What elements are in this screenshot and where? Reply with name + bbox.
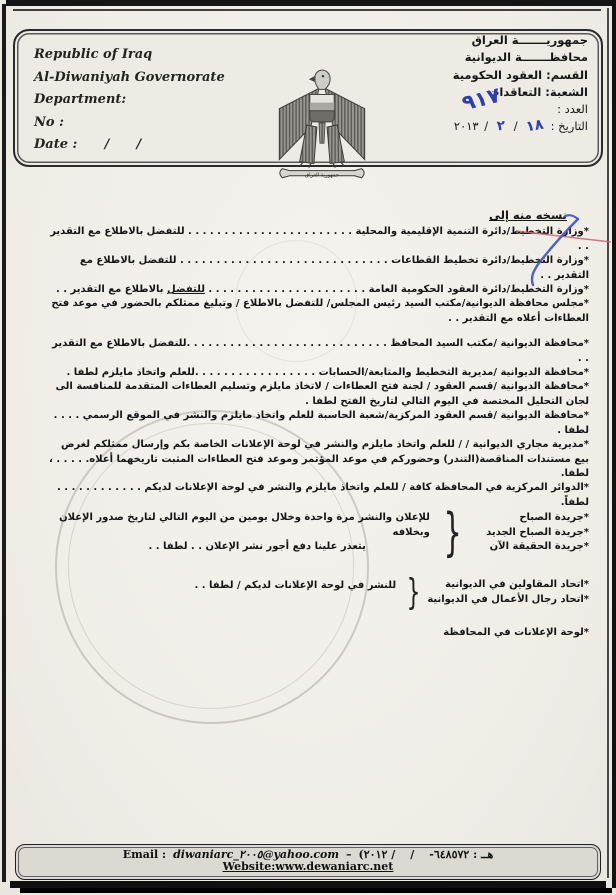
unions-group: *اتحاد المقاولين في الديوانية *اتحاد رجا… [46, 578, 589, 608]
document-date-line: التاريخ : ١٨ / ٢ / ٢٠١٣ [428, 118, 588, 135]
distribution-item: *الدوائر المركزية في المحافظة كافة / للع… [46, 481, 589, 510]
page-border-left [2, 4, 6, 882]
newspaper-name: *جريدة الصباح الجديد [471, 526, 589, 540]
eagle-head [309, 70, 330, 89]
scanned-official-letter: Republic of Iraq Al-Diwaniyah Governorat… [0, 0, 616, 895]
date-separator: / [514, 119, 518, 133]
union-name: *اتحاد رجال الأعمال في الديوانية [427, 593, 589, 607]
distribution-item: *محافظة الديوانية /قسم العقود المركزية/ش… [46, 409, 589, 438]
instruction-line: يتعذر علينا دفع أجور نشر الإعلان . . لطف… [46, 540, 430, 554]
item-text: بالاطلاع مع التقدير . . [56, 284, 167, 295]
date-label: التاريخ : [551, 119, 588, 133]
english-department-label: Department: [34, 89, 225, 112]
footer-contact-box: Email : diwaniarc_٢٠٠٥@yahoo.com – (٢٠١٢… [15, 844, 601, 880]
group-brace: { [443, 511, 461, 555]
handwritten-date-month: ٢ [496, 118, 506, 136]
item-text: *وزارة التخطيط/دائرة العقود الحكومية الع… [205, 284, 589, 295]
unions-names: *اتحاد المقاولين في الديوانية *اتحاد رجا… [427, 578, 589, 607]
footer-slash: / [410, 848, 414, 861]
eagle-chest-shield [310, 94, 334, 121]
number-label: العدد : [557, 102, 588, 116]
handwritten-document-number: ٩١٧ [460, 87, 501, 113]
english-no-label: No : [34, 112, 225, 135]
group-brace: { [407, 578, 421, 608]
website-url: Website:www.dewaniarc.net [16, 860, 600, 873]
phone-number: هــ : ٦٤٨٥٧٢- [429, 848, 493, 861]
page-border-top-inner [13, 9, 601, 11]
letterhead-arabic-block: جمهوريـــــــة العراق محافظـــــــة الدي… [428, 32, 588, 136]
newspaper-name: *جريدة الحقيقة الآن [471, 540, 589, 554]
eagle-base-scroll: جمهورية العراق [280, 169, 364, 179]
distribution-item: *وزارة التخطيط/دائرة العقود الحكومية الع… [46, 283, 589, 297]
arabic-country: جمهوريـــــــة العراق [428, 32, 588, 49]
distribution-item: *محافظة الديوانية /مديرية التخطيط والمتا… [46, 366, 589, 380]
distribution-item: *محافظة الديوانية /قسم العقود / لجنة فتح… [46, 380, 589, 409]
page-border-bottom-shadow [20, 888, 612, 893]
distribution-item: *محافظة الديوانية /مكتب السيد المحافظ . … [46, 337, 589, 366]
page-border-bottom [10, 881, 606, 888]
english-country: Republic of Iraq [34, 44, 225, 67]
unions-instruction: للنشر في لوحة الإعلانات لديكم / لطفا . . [46, 579, 400, 593]
date-separator-2: / [484, 119, 488, 133]
distribution-heading: نسخه منه إلى [46, 208, 567, 222]
distribution-item: *وزارة التخطيط/دائرة تخطيط القطاعات . . … [46, 254, 589, 283]
english-date-label: Date : / / [34, 134, 225, 157]
arabic-division: الشعبة: التعاقدات [428, 84, 588, 101]
page-border-right-inner [607, 8, 609, 878]
union-name: *اتحاد المقاولين في الديوانية [427, 578, 589, 592]
handwritten-date-day: ١٨ [525, 117, 545, 137]
email-label: Email : [123, 848, 166, 861]
english-governorate: Al-Diwaniyah Governorate [34, 67, 225, 90]
instruction-line: للإعلان والنشر مرة واحدة وخلال يومين من … [46, 511, 430, 540]
page-border-top [6, 0, 616, 6]
iraq-eagle-emblem: جمهورية العراق [266, 64, 378, 192]
distribution-item: *لوحة الإعلانات في المحافظة [46, 626, 589, 640]
letterhead-english-block: Republic of Iraq Al-Diwaniyah Governorat… [34, 44, 225, 157]
newspaper-name: *جريدة الصباح [471, 511, 589, 525]
document-number-line: العدد : ٩١٧ [428, 101, 588, 118]
arabic-department: القسم: العقود الحكومية [428, 67, 588, 84]
date-year: ٢٠١٣ [454, 119, 479, 133]
newspapers-instruction: للإعلان والنشر مرة واحدة وخلال يومين من … [46, 511, 434, 554]
letter-body: نسخه منه إلى *وزارة التخطيط/دائرة التنمي… [46, 208, 589, 641]
emblem-scroll-text: جمهورية العراق [305, 172, 339, 178]
newspapers-group: *جريدة الصباح *جريدة الصباح الجديد *جريد… [46, 511, 589, 555]
item-underlined-word: للتفضل [167, 284, 205, 295]
distribution-item: *مجلس محافظة الديوانية/مكتب السيد رئيس ا… [46, 297, 589, 326]
distribution-item: *مديرية مجاري الديوانية / / للعلم واتخاذ… [46, 438, 589, 481]
eagle-tail [319, 123, 325, 143]
arabic-governorate: محافظـــــــة الديوانية [428, 49, 588, 66]
page-border-right [612, 0, 616, 888]
distribution-item: *وزارة التخطيط/دائرة التنمية الإقليمية و… [46, 225, 589, 254]
letterhead-box: Republic of Iraq Al-Diwaniyah Governorat… [13, 29, 603, 167]
newspapers-names: *جريدة الصباح *جريدة الصباح الجديد *جريد… [471, 511, 589, 554]
